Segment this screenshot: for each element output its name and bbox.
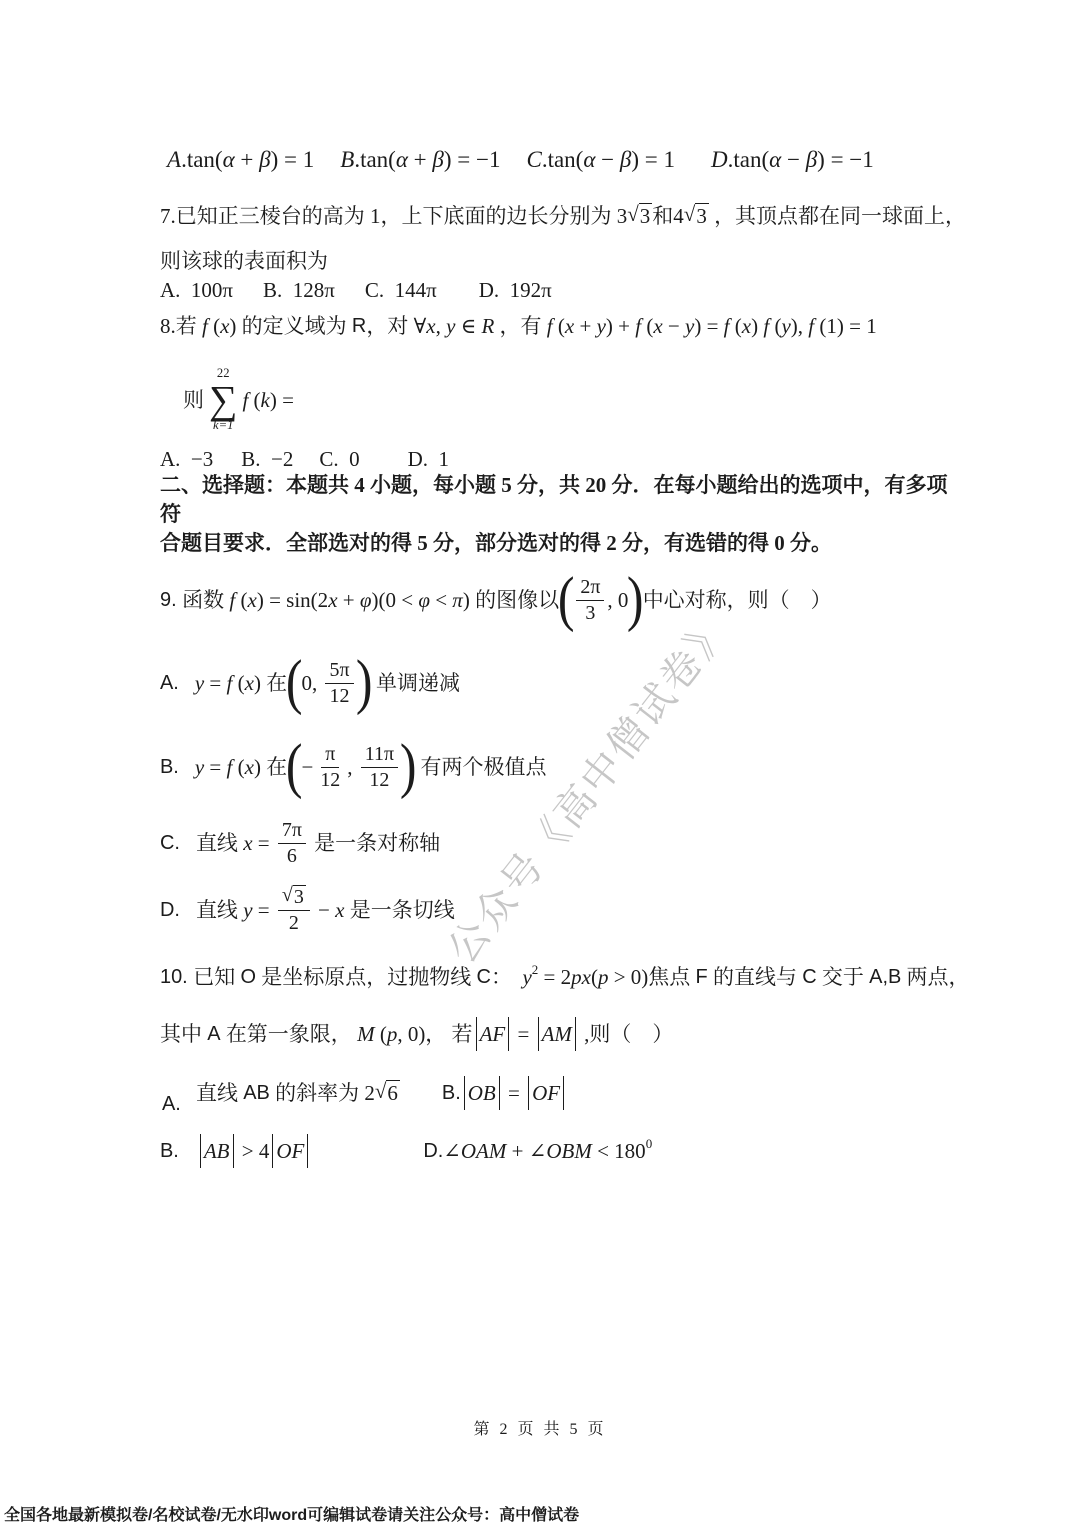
radicand: 3 (695, 203, 709, 228)
text-roman: ( (380, 1021, 387, 1047)
text-roman: 单调递减 (371, 670, 460, 696)
text-roman: ) 的图像以 (463, 587, 559, 613)
text-roman: ∠ (443, 1138, 461, 1164)
text-italic: y (522, 964, 531, 990)
text-italic: x (243, 830, 252, 856)
abs-bar-icon (563, 1076, 564, 1110)
text-roman: A. 100π (160, 277, 233, 303)
text-roman: ) = −1 (444, 146, 501, 175)
abs-bar-icon (233, 1134, 234, 1168)
abs-bar-icon (575, 1017, 576, 1051)
abs-bar-icon (499, 1076, 500, 1110)
text-italic: AB (204, 1138, 230, 1164)
text-roman: C. 0 (319, 446, 359, 472)
abs-bar-icon (508, 1017, 509, 1051)
q10-options-row2: B.AB > 4OFD.∠OAM + ∠OBM < 1800 (160, 1126, 652, 1176)
text-italic: x (742, 313, 751, 339)
radicand: 3 (293, 885, 306, 909)
text-italic: y (597, 313, 606, 339)
text-roman: 直线 (196, 830, 243, 856)
text-roman: 是一条切线 (344, 897, 454, 923)
fraction: 11π12 (361, 743, 398, 791)
text-sans: AB (243, 1081, 270, 1106)
text-roman: , (436, 313, 447, 339)
text-roman: 有两个极值点 (415, 754, 546, 780)
text-italic: x (426, 313, 435, 339)
text-italic: α (769, 146, 781, 175)
text-italic: AF (480, 1021, 506, 1047)
q10-stem-line2: 其中 A 在第一象限， M (p, 0)， 若AF = AM ,则（ ） (160, 1012, 673, 1056)
section2-header-line3: 合题目要求．全部选对的得 5 分，部分选对的得 2 分，有选错的得 0 分。 (160, 528, 832, 558)
section2-header-line1: 二、选择题：本题共 4 小题，每小题 5 分，共 20 分．在每小题给出的选项中… (160, 470, 948, 500)
fraction: 7π6 (278, 819, 306, 867)
text-roman: ，对 ∀ (366, 313, 426, 339)
q8-sum-line: 则22∑k=1f (k) = (183, 368, 294, 432)
text-roman: ) 的定义域为 (229, 313, 352, 339)
square-root: √6 (375, 1080, 400, 1105)
text-roman: = (512, 1021, 534, 1047)
text-roman: 直线 (196, 1080, 243, 1106)
text-sans: O (241, 965, 257, 990)
text-italic: OBM (546, 1138, 592, 1164)
text-roman: = 2 (538, 964, 571, 990)
radicand: 6 (386, 1080, 400, 1105)
text-sans: A (207, 1022, 220, 1047)
fraction-denominator: 6 (283, 844, 301, 867)
square-root: √3 (282, 885, 306, 909)
text-italic: OF (532, 1080, 560, 1106)
text-roman: + (235, 146, 259, 175)
text-italic: f (229, 587, 240, 613)
text-roman: > 4 (237, 1138, 270, 1164)
text-roman: C. 144π (365, 277, 437, 303)
text-roman: − (301, 754, 313, 780)
text-roman: = (503, 1080, 525, 1106)
text-roman: − (663, 313, 685, 339)
page-number: 第 2 页 共 5 页 (0, 1416, 1080, 1439)
abs-bar-icon (307, 1134, 308, 1168)
text-italic: x (220, 313, 229, 339)
text-italic: y (195, 670, 204, 696)
text-roman: B. −2 (241, 446, 293, 472)
text-sans: B. (442, 1081, 461, 1106)
text-italic: α (223, 146, 235, 175)
text-roman: 直线 (196, 897, 243, 923)
text-roman: < 180 (592, 1138, 646, 1164)
text-italic: y (685, 313, 694, 339)
text-roman: 和4 (652, 203, 684, 229)
text-italic: φ (360, 587, 372, 613)
text-roman: ) = −1 (817, 146, 874, 175)
fraction-denominator: 12 (365, 768, 393, 791)
text-roman: + (574, 313, 596, 339)
fraction-denominator: 2 (285, 911, 303, 934)
text-italic: f (635, 313, 646, 339)
text-sans: C. (160, 831, 180, 856)
text-roman: D. 1 (408, 446, 449, 472)
abs-bar-icon (476, 1017, 477, 1051)
text-sans: A. (162, 1092, 181, 1117)
text-italic: OB (468, 1080, 496, 1106)
text-roman: − (313, 897, 335, 923)
text-roman: ) 在 (254, 670, 287, 696)
text-roman: = (204, 670, 226, 696)
sum-lower-limit: k=1 (213, 419, 233, 433)
fraction-numerator: π (321, 743, 339, 767)
fraction-denominator: 3 (581, 601, 599, 624)
radical-icon: √ (282, 885, 293, 906)
big-paren-right-icon: ) (400, 743, 417, 792)
text-italic: A (167, 146, 181, 175)
summation: 22∑k=1 (209, 367, 237, 433)
q10-stem-line1: 10. 已知 O 是坐标原点，过抛物线 C： y2 = 2px(p > 0)焦点… (160, 954, 970, 1000)
square-root: √3 (684, 203, 709, 228)
text-roman: ) = 1 (631, 146, 675, 175)
text-roman: 的斜率为 2 (270, 1080, 375, 1106)
text-roman: , (347, 754, 358, 780)
text-roman: ( (238, 754, 245, 780)
abs-bar-icon (200, 1134, 201, 1168)
fraction-numerator: 7π (278, 819, 306, 843)
fraction-numerator: 5π (325, 659, 353, 683)
text-roman: 其中 (160, 1021, 207, 1047)
text-roman: − (595, 146, 619, 175)
text-roman: ) = (694, 313, 723, 339)
text-sans: A. (160, 671, 179, 696)
text-italic: k (261, 387, 270, 413)
text-italic: f (227, 670, 238, 696)
text-italic: f (763, 313, 774, 339)
text-sans: F (696, 965, 708, 990)
text-roman: 函数 (182, 587, 229, 613)
text-italic: OAM (461, 1138, 507, 1164)
text-roman: ( (241, 587, 248, 613)
superscript: 0 (646, 1136, 653, 1152)
text-italic: x (245, 754, 254, 780)
text-roman: D. 192π (479, 277, 552, 303)
text-italic: y (195, 754, 204, 780)
text-italic: α (396, 146, 408, 175)
text-roman: − (781, 146, 805, 175)
text-roman: 已知 (193, 964, 240, 990)
text-italic: f (202, 313, 213, 339)
text-italic: y (446, 313, 455, 339)
text-bold: 符 (160, 501, 181, 527)
fraction: π12 (316, 743, 344, 791)
text-italic: p (598, 964, 609, 990)
big-paren-left-icon: ( (286, 743, 303, 792)
big-paren-right-icon: ) (627, 576, 644, 625)
text-roman: ( (254, 387, 261, 413)
q7-stem-line2: 则该球的表面积为 (160, 245, 328, 277)
text-sans: B. (160, 1139, 179, 1164)
text-roman: ： (491, 964, 523, 990)
text-roman: ), (791, 313, 809, 339)
text-italic: π (452, 587, 463, 613)
text-roman: .tan( (181, 146, 223, 175)
big-paren-left-icon: ( (558, 576, 575, 625)
text-roman: 中心对称，则（ ） (643, 587, 832, 613)
text-italic: B (340, 146, 354, 175)
text-italic: D (711, 146, 728, 175)
text-roman: ) 在 (254, 754, 287, 780)
text-sans: R (352, 314, 366, 339)
text-roman: 的直线与 (708, 964, 803, 990)
text-roman: > 0)焦点 (608, 964, 695, 990)
square-root: √3 (627, 203, 652, 228)
text-bold: 二、选择题：本题共 4 小题，每小题 5 分，共 20 分．在每小题给出的选项中… (160, 472, 948, 498)
q10-options-row1: 直线 AB 的斜率为 2√6B.OB = OF (196, 1068, 567, 1118)
text-italic: x (328, 587, 337, 613)
text-italic: f (724, 313, 735, 339)
text-italic: AM (542, 1021, 572, 1047)
sigma-icon: ∑ (209, 381, 237, 419)
text-italic: px (571, 964, 591, 990)
text-roman: ) = 1 (271, 146, 315, 175)
text-italic: x (653, 313, 662, 339)
text-roman: < (430, 587, 452, 613)
text-roman: B. 128π (263, 277, 335, 303)
q9-stem: 9. 函数 f (x) = sin(2x + φ)(0 < φ < π) 的图像… (160, 566, 832, 634)
text-italic: x (245, 670, 254, 696)
abs-bar-icon (464, 1076, 465, 1110)
radicand: 3 (639, 203, 653, 228)
text-sans: A,B (869, 965, 901, 990)
text-roman: )(0 < (371, 587, 418, 613)
text-italic: x (335, 897, 344, 923)
text-roman: 是一条对称轴 (309, 830, 440, 856)
section2-header-line2: 符 (160, 499, 181, 529)
exam-page: 公众号《高中僧试卷》 A.tan(α + β) = 1B.tan(α + β) … (0, 0, 1080, 1527)
text-roman: , 0)， 若 (397, 1021, 472, 1047)
text-roman: = (204, 754, 226, 780)
text-sans: 9. (160, 588, 182, 613)
text-italic: f (808, 313, 819, 339)
text-italic: C (526, 146, 541, 175)
text-roman: , 0 (607, 587, 628, 613)
q9-option-a: A.y = f (x) 在(0, 5π12) 单调递减 (160, 650, 460, 716)
text-roman: ( (558, 313, 565, 339)
text-roman: A. −3 (160, 446, 213, 472)
text-roman: .tan( (728, 146, 770, 175)
text-roman: 8.若 (160, 313, 202, 339)
text-italic: f (242, 387, 253, 413)
abs-bar-icon (272, 1134, 273, 1168)
text-roman: ( (238, 670, 245, 696)
text-sans: C (802, 965, 816, 990)
text-roman: ( (735, 313, 742, 339)
text-roman: = (253, 897, 275, 923)
q10-option-a-label: A. (162, 1091, 181, 1117)
text-roman: 则 (183, 387, 204, 413)
fraction-denominator: 12 (326, 684, 354, 707)
text-roman: + (408, 146, 432, 175)
text-roman: 交于 (817, 964, 870, 990)
text-sans: D. (423, 1139, 443, 1164)
fraction: √32 (278, 885, 310, 934)
text-roman: ，有 (494, 313, 547, 339)
text-italic: y (781, 313, 790, 339)
text-roman: (1) = 1 (819, 313, 876, 339)
text-roman: ) = sin(2 (257, 587, 328, 613)
abs-bar-icon (538, 1017, 539, 1051)
text-italic: x (565, 313, 574, 339)
q7-options: A. 100πB. 128πC. 144πD. 192π (160, 275, 552, 305)
text-roman: ( (591, 964, 598, 990)
text-roman: 7.已知正三棱台的高为 1，上下底面的边长分别为 3 (160, 203, 627, 229)
q9-option-d: D.直线 y = √32 − x 是一条切线 (160, 880, 455, 940)
abs-bar-icon (528, 1076, 529, 1110)
text-roman: .tan( (354, 146, 396, 175)
text-roman: ，其顶点都在同一球面上， (709, 203, 966, 229)
fraction-numerator: 2π (576, 576, 604, 600)
superscript: 2 (532, 962, 539, 978)
fraction: 5π12 (325, 659, 353, 707)
text-italic: f (547, 313, 558, 339)
text-bold: 合题目要求．全部选对的得 5 分，部分选对的得 2 分，有选错的得 0 分。 (160, 530, 832, 556)
text-roman: 在第一象限， (221, 1021, 358, 1047)
text-roman: 是坐标原点，过抛物线 (256, 964, 477, 990)
text-italic: M (357, 1021, 380, 1047)
q9-option-b: B.y = f (x) 在(−π12, 11π12) 有两个极值点 (160, 734, 547, 800)
text-italic: OF (276, 1138, 304, 1164)
text-sans: 10. (160, 965, 193, 990)
text-roman: + (338, 587, 360, 613)
fraction-numerator: 11π (361, 743, 398, 767)
text-roman: 则该球的表面积为 (160, 248, 328, 274)
q7-stem-line1: 7.已知正三棱台的高为 1，上下底面的边长分别为 3√3和4√3 ，其顶点都在同… (160, 196, 966, 236)
text-roman: 0, (301, 670, 322, 696)
big-paren-left-icon: ( (286, 659, 303, 708)
text-italic: p (387, 1021, 398, 1047)
text-roman: ) (751, 313, 763, 339)
text-roman: ) + (606, 313, 635, 339)
q8-stem: 8.若 f (x) 的定义域为 R，对 ∀x, y ∈ R ，有 f (x + … (160, 305, 877, 347)
text-roman: 两点， (901, 964, 969, 990)
radical-icon: √ (627, 203, 639, 225)
text-roman: ) = (270, 387, 294, 413)
radical-icon: √ (375, 1080, 387, 1102)
text-roman: ∈ (455, 313, 481, 339)
text-sans: D. (160, 898, 180, 923)
text-sans: C (477, 965, 491, 990)
text-italic: x (248, 587, 257, 613)
text-roman: = (253, 830, 275, 856)
radical-icon: √ (684, 203, 696, 225)
footer-promo: 全国各地最新模拟卷/名校试卷/无水印word可编辑试卷请关注公众号：高中僧试卷 (4, 1502, 579, 1525)
text-italic: β (620, 146, 631, 175)
text-italic: α (583, 146, 595, 175)
text-italic: β (432, 146, 443, 175)
fraction-numerator: √3 (278, 885, 310, 911)
q6-options: A.tan(α + β) = 1B.tan(α + β) = −1C.tan(α… (167, 140, 874, 180)
text-roman: + ∠ (506, 1138, 546, 1164)
text-italic: y (243, 897, 252, 923)
q9-option-c: C.直线 x = 7π6 是一条对称轴 (160, 814, 440, 872)
text-italic: β (806, 146, 817, 175)
text-sans: B. (160, 755, 179, 780)
fraction-denominator: 12 (316, 768, 344, 791)
text-roman: ,则（ ） (579, 1021, 674, 1047)
text-italic: R (481, 313, 494, 339)
text-italic: φ (418, 587, 430, 613)
big-paren-right-icon: ) (355, 659, 372, 708)
text-italic: f (227, 754, 238, 780)
fraction: 2π3 (576, 576, 604, 624)
text-roman: .tan( (542, 146, 584, 175)
text-italic: β (259, 146, 270, 175)
